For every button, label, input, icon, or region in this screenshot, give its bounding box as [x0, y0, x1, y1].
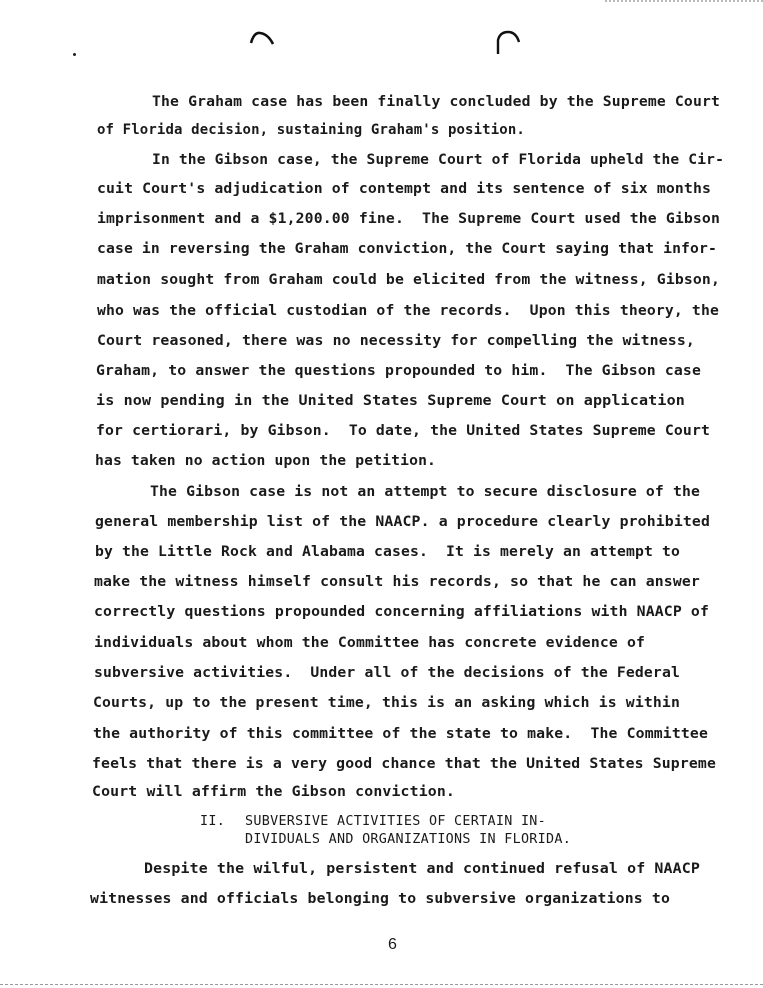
paragraph-3-line-3: by the Little Rock and Alabama cases. It… [95, 543, 680, 561]
paragraph-3-line-7: subversive activities. Under all of the … [94, 664, 680, 682]
paragraph-3-line-9: the authority of this committee of the s… [93, 725, 708, 743]
final-paragraph-line-2: witnesses and officials belonging to sub… [90, 890, 670, 908]
staple-mark-right-icon [494, 28, 522, 56]
paragraph-2-line-11: has taken no action upon the petition. [95, 452, 436, 470]
paragraph-3-line-6: individuals about whom the Committee has… [94, 634, 645, 652]
paragraph-2-line-9: is now pending in the United States Supr… [96, 392, 685, 410]
scan-artifact-top-dots [605, 0, 763, 2]
document-page: The Graham case has been finally conclud… [0, 0, 763, 988]
paragraph-3-line-8: Courts, up to the present time, this is … [93, 694, 680, 712]
paragraph-2-line-2: cuit Court's adjudication of contempt an… [97, 180, 711, 198]
paragraph-2-line-10: for certiorari, by Gibson. To date, the … [96, 422, 710, 440]
paragraph-1-line-1: The Graham case has been finally conclud… [152, 93, 720, 111]
scan-artifact-bottom-rule [0, 984, 763, 985]
section-heading-line-2: DIVIDUALS AND ORGANIZATIONS IN FLORIDA. [245, 831, 571, 849]
paragraph-3-line-2: general membership list of the NAACP. a … [95, 513, 710, 531]
paragraph-3-line-4: make the witness himself consult his rec… [94, 573, 700, 591]
page-number: 6 [388, 936, 397, 954]
section-heading-line-1: SUBVERSIVE ACTIVITIES OF CERTAIN IN- [245, 813, 546, 831]
paragraph-2-line-3: imprisonment and a $1,200.00 fine. The S… [97, 210, 720, 228]
paragraph-2-line-8: Graham, to answer the questions propound… [96, 362, 701, 380]
speck [73, 53, 76, 56]
paragraph-2-line-7: Court reasoned, there was no necessity f… [97, 332, 695, 350]
paragraph-3-line-5: correctly questions propounded concernin… [94, 603, 709, 621]
paragraph-2-line-5: mation sought from Graham could be elici… [97, 271, 720, 289]
final-paragraph-line-1: Despite the wilful, persistent and conti… [144, 860, 700, 878]
paragraph-2-line-1: In the Gibson case, the Supreme Court of… [152, 151, 724, 169]
paragraph-1-line-2: of Florida decision, sustaining Graham's… [97, 121, 525, 139]
paragraph-2-line-4: case in reversing the Graham conviction,… [97, 240, 717, 258]
paragraph-3-line-1: The Gibson case is not an attempt to sec… [150, 483, 700, 501]
paragraph-3-line-10: feels that there is a very good chance t… [92, 755, 716, 773]
paragraph-3-line-11: Court will affirm the Gibson conviction. [92, 783, 455, 801]
section-heading-numeral: II. [200, 813, 225, 831]
staple-mark-left-icon [248, 28, 276, 46]
paragraph-2-line-6: who was the official custodian of the re… [97, 302, 719, 320]
